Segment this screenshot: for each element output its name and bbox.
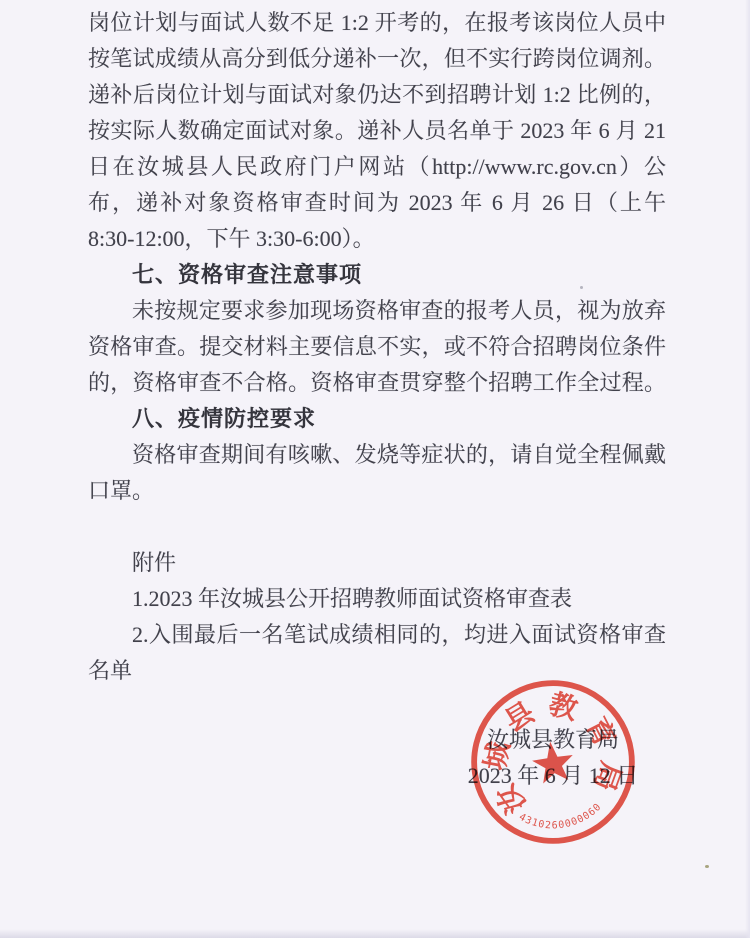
section-heading: 八、疫情防控要求 [88,401,666,437]
text-line: 资格审查期间有咳嗽、发烧等症状的，请自觉全程佩戴 [88,437,666,473]
text-line: 按实际人数确定面试对象。递补人员名单于 2023 年 6 月 21 [88,113,666,149]
text-line [88,509,666,545]
text-line: 名单 [88,653,666,689]
scan-speck [705,865,709,868]
text-line: 日在汝城县人民政府门户网站（http://www.rc.gov.cn）公 [88,149,666,185]
text-line: 布，递补对象资格审查时间为 2023 年 6 月 26 日（上午 [88,185,666,221]
text-line: 未按规定要求参加现场资格审查的报考人员，视为放弃 [88,293,666,329]
seal-code-text: 4310260000060 [516,800,606,836]
text-line: 8:30-12:00，下午 3:30-6:00）。 [88,221,666,257]
document-body: 岗位计划与面试人数不足 1:2 开考的，在报考该岗位人员中按笔试成绩从高分到低分… [88,5,666,689]
signature-block: 汝城县教育局 2023 年 6 月 12 日 [432,722,674,794]
scan-speck [580,286,583,289]
text-line: 按笔试成绩从高分到低分递补一次，但不实行跨岗位调剂。 [88,41,666,77]
text-line: 2.入围最后一名笔试成绩相同的，均进入面试资格审查 [88,617,666,653]
signing-organization: 汝城县教育局 [432,722,674,758]
page-edge-shadow [745,0,750,938]
text-line: 附件 [88,545,666,581]
signing-date: 2023 年 6 月 12 日 [432,758,674,794]
text-line: 口罩。 [88,473,666,509]
text-line: 的，资格审查不合格。资格审查贯穿整个招聘工作全过程。 [88,365,666,401]
scanned-document: { "colors": { "page_bg": "#f5f3f9", "ink… [0,0,750,938]
text-line: 岗位计划与面试人数不足 1:2 开考的，在报考该岗位人员中 [88,5,666,41]
text-line: 1.2023 年汝城县公开招聘教师面试资格审查表 [88,581,666,617]
text-line: 资格审查。提交材料主要信息不实，或不符合招聘岗位条件 [88,329,666,365]
page-edge-shadow [0,929,750,938]
text-line: 递补后岗位计划与面试对象仍达不到招聘计划 1:2 比例的， [88,77,666,113]
